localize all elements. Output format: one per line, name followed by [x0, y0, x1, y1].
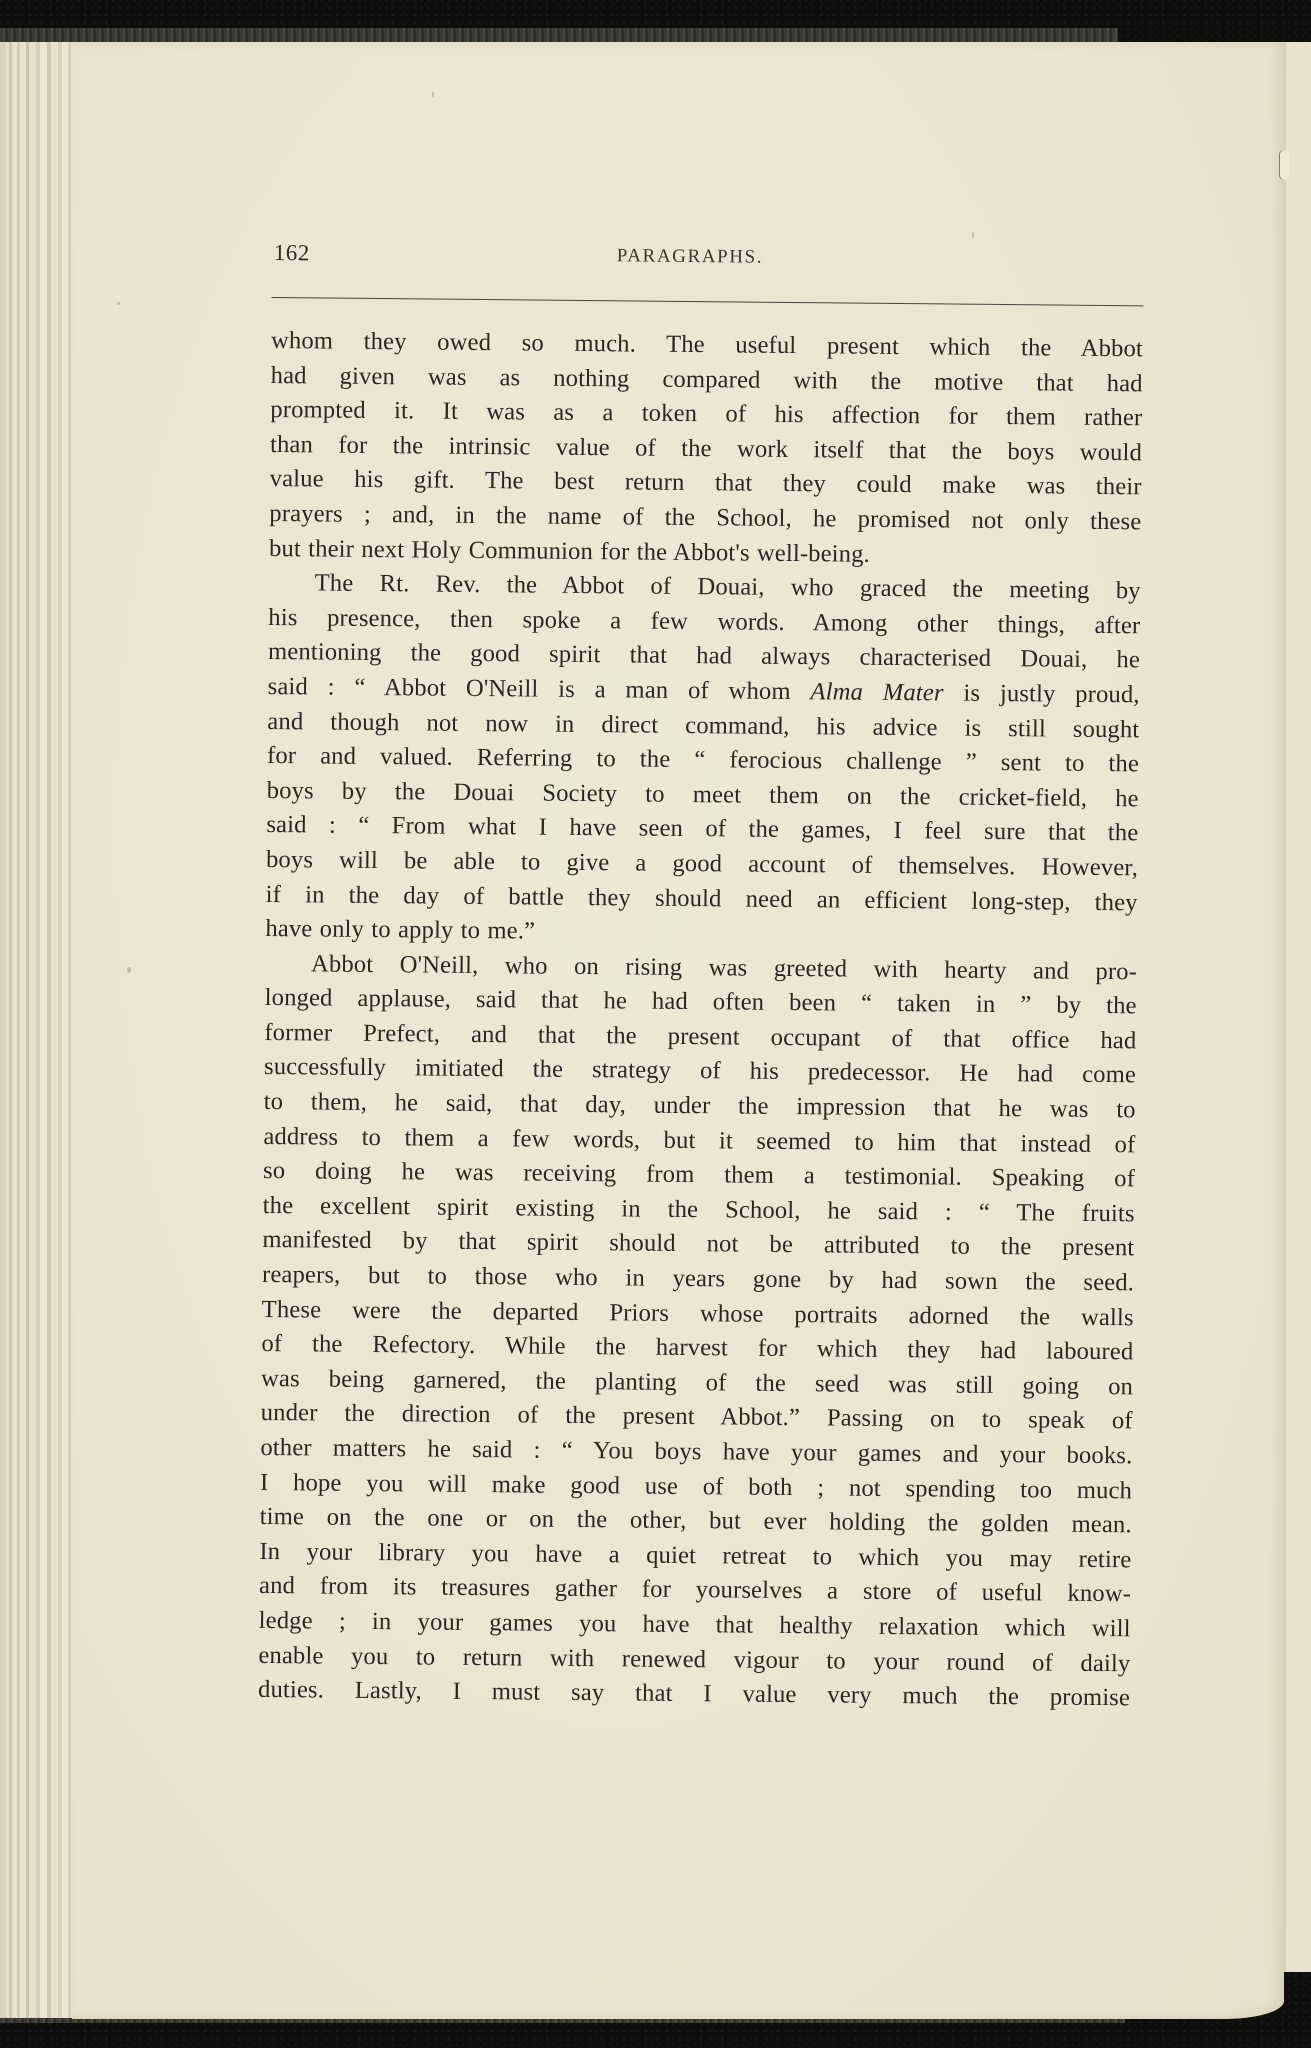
adjacent-page-edge	[1283, 42, 1311, 1972]
running-head: 162 PARAGRAPHS.	[272, 240, 1146, 288]
paper-speck	[127, 967, 131, 973]
paragraph: Abbot O'Neill, who on rising was greeted…	[258, 947, 1137, 1716]
paragraph: whom they owed so much. The useful prese…	[269, 324, 1143, 575]
page-number: 162	[274, 240, 310, 266]
paper-speck	[117, 302, 120, 305]
gutter-blemish	[1280, 150, 1289, 180]
book-cover-edge-top	[0, 28, 1118, 43]
italic-phrase: Alma Mater	[810, 678, 943, 706]
running-head-title: PARAGRAPHS.	[617, 245, 763, 268]
paper-speck	[432, 92, 434, 97]
paragraph: The Rt. Rev. the Abbot of Douai, who gra…	[265, 566, 1141, 955]
paper-speck	[972, 232, 974, 238]
page-stack-edges	[0, 42, 74, 2018]
body-text: whom they owed so much. The useful prese…	[258, 324, 1143, 1716]
text-column: 162 PARAGRAPHS. whom they owed so much. …	[272, 240, 1146, 288]
